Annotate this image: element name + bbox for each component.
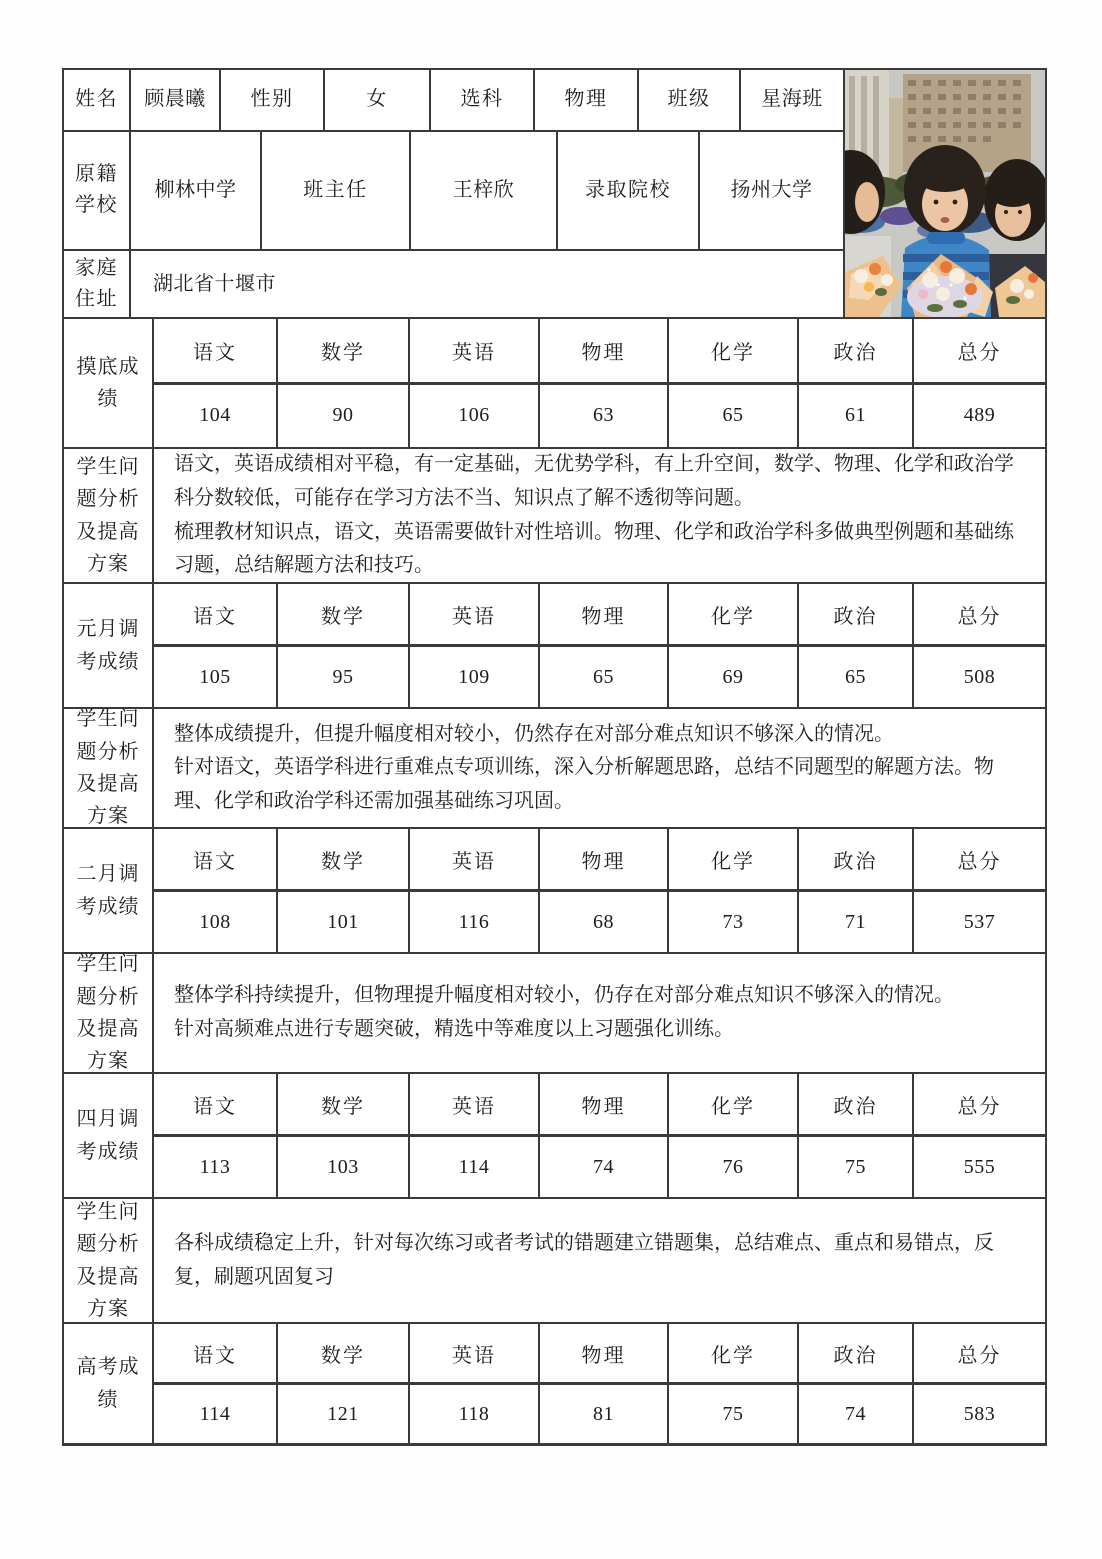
analysis-text: 各科成绩稳定上升，针对每次练习或者考试的错题建立错题集，总结难点、重点和易错点，… — [154, 1199, 1045, 1322]
student-photo-illustration — [845, 70, 1045, 317]
score-value-0: 104 — [154, 385, 278, 448]
subject-header-1: 数学 — [278, 584, 410, 644]
home-address-label: 家庭住址 — [64, 251, 131, 317]
score-value-4: 73 — [669, 892, 799, 952]
score-value-row: 10490106636561489 — [154, 385, 1045, 448]
score-grid: 语文数学英语物理化学政治总分 10595109656965508 — [154, 584, 1045, 707]
score-value-0: 105 — [154, 647, 278, 707]
head-teacher-label: 班主任 — [262, 132, 411, 249]
analysis-text: 语文，英语成绩相对平稳，有一定基础，无优势学科，有上升空间，数学、物理、化学和政… — [154, 449, 1045, 582]
score-value-1: 103 — [278, 1137, 410, 1197]
score-value-2: 109 — [410, 647, 540, 707]
class-label: 班级 — [639, 70, 741, 130]
student-report-table: 姓名 顾晨曦 性别 女 选科 物理 班级 星海班 原籍学校 柳林中学 班主任 王… — [62, 68, 1047, 1446]
origin-school-label: 原籍学校 — [64, 132, 131, 249]
score-value-3: 65 — [540, 647, 669, 707]
subject-header-4: 化学 — [669, 319, 799, 382]
gender-value: 女 — [325, 70, 431, 130]
subject-header-0: 语文 — [154, 1074, 278, 1134]
scores-section: 元月调考成绩 语文数学英语物理化学政治总分 10595109656965508 — [64, 582, 1045, 707]
analysis-section: 学生问题分析及提高方案 整体成绩提升，但提升幅度相对较小，仍然存在对部分难点知识… — [64, 707, 1045, 827]
score-grid: 语文数学英语物理化学政治总分 108101116687371537 — [154, 829, 1045, 952]
subject-header-3: 物理 — [540, 1324, 669, 1382]
score-value-5: 61 — [799, 385, 914, 448]
student-info-grid: 姓名 顾晨曦 性别 女 选科 物理 班级 星海班 原籍学校 柳林中学 班主任 王… — [64, 70, 843, 317]
info-row-1: 姓名 顾晨曦 性别 女 选科 物理 班级 星海班 — [64, 70, 843, 132]
scores-section: 四月调考成绩 语文数学英语物理化学政治总分 113103114747675555 — [64, 1072, 1045, 1197]
score-value-row: 114121118817574583 — [154, 1385, 1045, 1443]
subject-header-5: 政治 — [799, 319, 914, 382]
score-value-row: 113103114747675555 — [154, 1137, 1045, 1197]
section-label: 学生问题分析及提高方案 — [64, 449, 154, 582]
document-page: { "student": { "name_label": "姓名", "name… — [0, 0, 1102, 1559]
score-value-6: 508 — [914, 647, 1045, 707]
score-value-6: 555 — [914, 1137, 1045, 1197]
subject-header-1: 数学 — [278, 1074, 410, 1134]
score-value-4: 69 — [669, 647, 799, 707]
score-value-row: 108101116687371537 — [154, 892, 1045, 952]
scores-section: 高考成绩 语文数学英语物理化学政治总分 114121118817574583 — [64, 1322, 1045, 1443]
name-label: 姓名 — [64, 70, 131, 130]
section-label: 学生问题分析及提高方案 — [64, 954, 154, 1072]
subject-header-4: 化学 — [669, 1324, 799, 1382]
scores-section: 二月调考成绩 语文数学英语物理化学政治总分 108101116687371537 — [64, 827, 1045, 952]
info-row-2: 原籍学校 柳林中学 班主任 王梓欣 录取院校 扬州大学 — [64, 132, 843, 251]
score-value-row: 10595109656965508 — [154, 647, 1045, 707]
analysis-line: 整体成绩提升，但提升幅度相对较小，仍然存在对部分难点知识不够深入的情况。 — [174, 718, 1031, 752]
subject-header-3: 物理 — [540, 829, 669, 889]
section-label: 摸底成绩 — [64, 319, 154, 447]
subject-header-5: 政治 — [799, 1074, 914, 1134]
score-grid: 语文数学英语物理化学政治总分 10490106636561489 — [154, 319, 1045, 447]
analysis-line: 针对语文，英语学科进行重难点专项训练，深入分析解题思路，总结不同题型的解题方法。… — [174, 751, 1031, 818]
score-value-2: 106 — [410, 385, 540, 448]
subject-header-2: 英语 — [410, 1074, 540, 1134]
score-value-6: 537 — [914, 892, 1045, 952]
score-value-4: 76 — [669, 1137, 799, 1197]
subject-header-row: 语文数学英语物理化学政治总分 — [154, 584, 1045, 647]
subject-header-row: 语文数学英语物理化学政治总分 — [154, 1074, 1045, 1137]
subject-header-6: 总分 — [914, 319, 1045, 382]
subject-header-2: 英语 — [410, 319, 540, 382]
subject-header-2: 英语 — [410, 584, 540, 644]
subject-header-6: 总分 — [914, 829, 1045, 889]
score-value-4: 65 — [669, 385, 799, 448]
analysis-line: 针对高频难点进行专题突破，精选中等难度以上习题强化训练。 — [174, 1013, 1031, 1047]
subject-header-5: 政治 — [799, 584, 914, 644]
student-photo — [843, 70, 1045, 317]
info-row-3: 家庭住址 湖北省十堰市 — [64, 251, 843, 317]
score-value-3: 74 — [540, 1137, 669, 1197]
score-value-5: 65 — [799, 647, 914, 707]
subject-choice-value: 物理 — [535, 70, 639, 130]
section-label: 高考成绩 — [64, 1324, 154, 1443]
subject-header-2: 英语 — [410, 829, 540, 889]
admitted-college-label: 录取院校 — [558, 132, 700, 249]
report-sections: 摸底成绩 语文数学英语物理化学政治总分 10490106636561489 学生… — [64, 317, 1045, 1443]
score-value-6: 489 — [914, 385, 1045, 448]
subject-header-row: 语文数学英语物理化学政治总分 — [154, 1324, 1045, 1385]
score-value-5: 71 — [799, 892, 914, 952]
score-grid: 语文数学英语物理化学政治总分 113103114747675555 — [154, 1074, 1045, 1197]
score-value-3: 81 — [540, 1385, 669, 1443]
admitted-college-value: 扬州大学 — [700, 132, 843, 249]
analysis-section: 学生问题分析及提高方案 各科成绩稳定上升，针对每次练习或者考试的错题建立错题集，… — [64, 1197, 1045, 1322]
subject-header-1: 数学 — [278, 829, 410, 889]
subject-header-3: 物理 — [540, 584, 669, 644]
subject-header-0: 语文 — [154, 584, 278, 644]
subject-header-1: 数学 — [278, 1324, 410, 1382]
section-label: 四月调考成绩 — [64, 1074, 154, 1197]
subject-header-0: 语文 — [154, 319, 278, 382]
section-label: 学生问题分析及提高方案 — [64, 1199, 154, 1322]
subject-choice-label: 选科 — [431, 70, 535, 130]
score-grid: 语文数学英语物理化学政治总分 114121118817574583 — [154, 1324, 1045, 1443]
analysis-line: 整体学科持续提升，但物理提升幅度相对较小，仍存在对部分难点知识不够深入的情况。 — [174, 979, 1031, 1013]
score-value-5: 75 — [799, 1137, 914, 1197]
analysis-line: 语文，英语成绩相对平稳，有一定基础，无优势学科，有上升空间，数学、物理、化学和政… — [174, 448, 1031, 515]
analysis-line: 梳理教材知识点，语文，英语需要做针对性培训。物理、化学和政治学科多做典型例题和基… — [174, 516, 1031, 583]
score-value-1: 101 — [278, 892, 410, 952]
score-value-3: 68 — [540, 892, 669, 952]
head-teacher-value: 王梓欣 — [411, 132, 558, 249]
subject-header-row: 语文数学英语物理化学政治总分 — [154, 829, 1045, 892]
subject-header-2: 英语 — [410, 1324, 540, 1382]
score-value-1: 95 — [278, 647, 410, 707]
gender-label: 性别 — [221, 70, 325, 130]
section-label: 学生问题分析及提高方案 — [64, 709, 154, 827]
score-value-1: 90 — [278, 385, 410, 448]
score-value-0: 108 — [154, 892, 278, 952]
class-value: 星海班 — [741, 70, 843, 130]
subject-header-5: 政治 — [799, 829, 914, 889]
score-value-1: 121 — [278, 1385, 410, 1443]
subject-header-row: 语文数学英语物理化学政治总分 — [154, 319, 1045, 385]
score-value-0: 114 — [154, 1385, 278, 1443]
origin-school-value: 柳林中学 — [131, 132, 262, 249]
subject-header-4: 化学 — [669, 1074, 799, 1134]
subject-header-1: 数学 — [278, 319, 410, 382]
subject-header-3: 物理 — [540, 1074, 669, 1134]
analysis-text: 整体学科持续提升，但物理提升幅度相对较小，仍存在对部分难点知识不够深入的情况。针… — [154, 954, 1045, 1072]
subject-header-3: 物理 — [540, 319, 669, 382]
analysis-section: 学生问题分析及提高方案 整体学科持续提升，但物理提升幅度相对较小，仍存在对部分难… — [64, 952, 1045, 1072]
analysis-text: 整体成绩提升，但提升幅度相对较小，仍然存在对部分难点知识不够深入的情况。针对语文… — [154, 709, 1045, 827]
score-value-2: 118 — [410, 1385, 540, 1443]
subject-header-0: 语文 — [154, 829, 278, 889]
subject-header-6: 总分 — [914, 584, 1045, 644]
score-value-0: 113 — [154, 1137, 278, 1197]
subject-header-0: 语文 — [154, 1324, 278, 1382]
section-label: 元月调考成绩 — [64, 584, 154, 707]
score-value-2: 114 — [410, 1137, 540, 1197]
subject-header-5: 政治 — [799, 1324, 914, 1382]
home-address-value: 湖北省十堰市 — [131, 251, 843, 317]
name-value: 顾晨曦 — [131, 70, 221, 130]
subject-header-4: 化学 — [669, 829, 799, 889]
score-value-2: 116 — [410, 892, 540, 952]
subject-header-6: 总分 — [914, 1074, 1045, 1134]
score-value-5: 74 — [799, 1385, 914, 1443]
analysis-line: 各科成绩稳定上升，针对每次练习或者考试的错题建立错题集，总结难点、重点和易错点，… — [174, 1227, 1031, 1294]
student-info-block: 姓名 顾晨曦 性别 女 选科 物理 班级 星海班 原籍学校 柳林中学 班主任 王… — [64, 70, 1045, 317]
subject-header-4: 化学 — [669, 584, 799, 644]
subject-header-6: 总分 — [914, 1324, 1045, 1382]
score-value-4: 75 — [669, 1385, 799, 1443]
analysis-section: 学生问题分析及提高方案 语文，英语成绩相对平稳，有一定基础，无优势学科，有上升空… — [64, 447, 1045, 582]
score-value-3: 63 — [540, 385, 669, 448]
scores-section: 摸底成绩 语文数学英语物理化学政治总分 10490106636561489 — [64, 317, 1045, 447]
section-label: 二月调考成绩 — [64, 829, 154, 952]
score-value-6: 583 — [914, 1385, 1045, 1443]
